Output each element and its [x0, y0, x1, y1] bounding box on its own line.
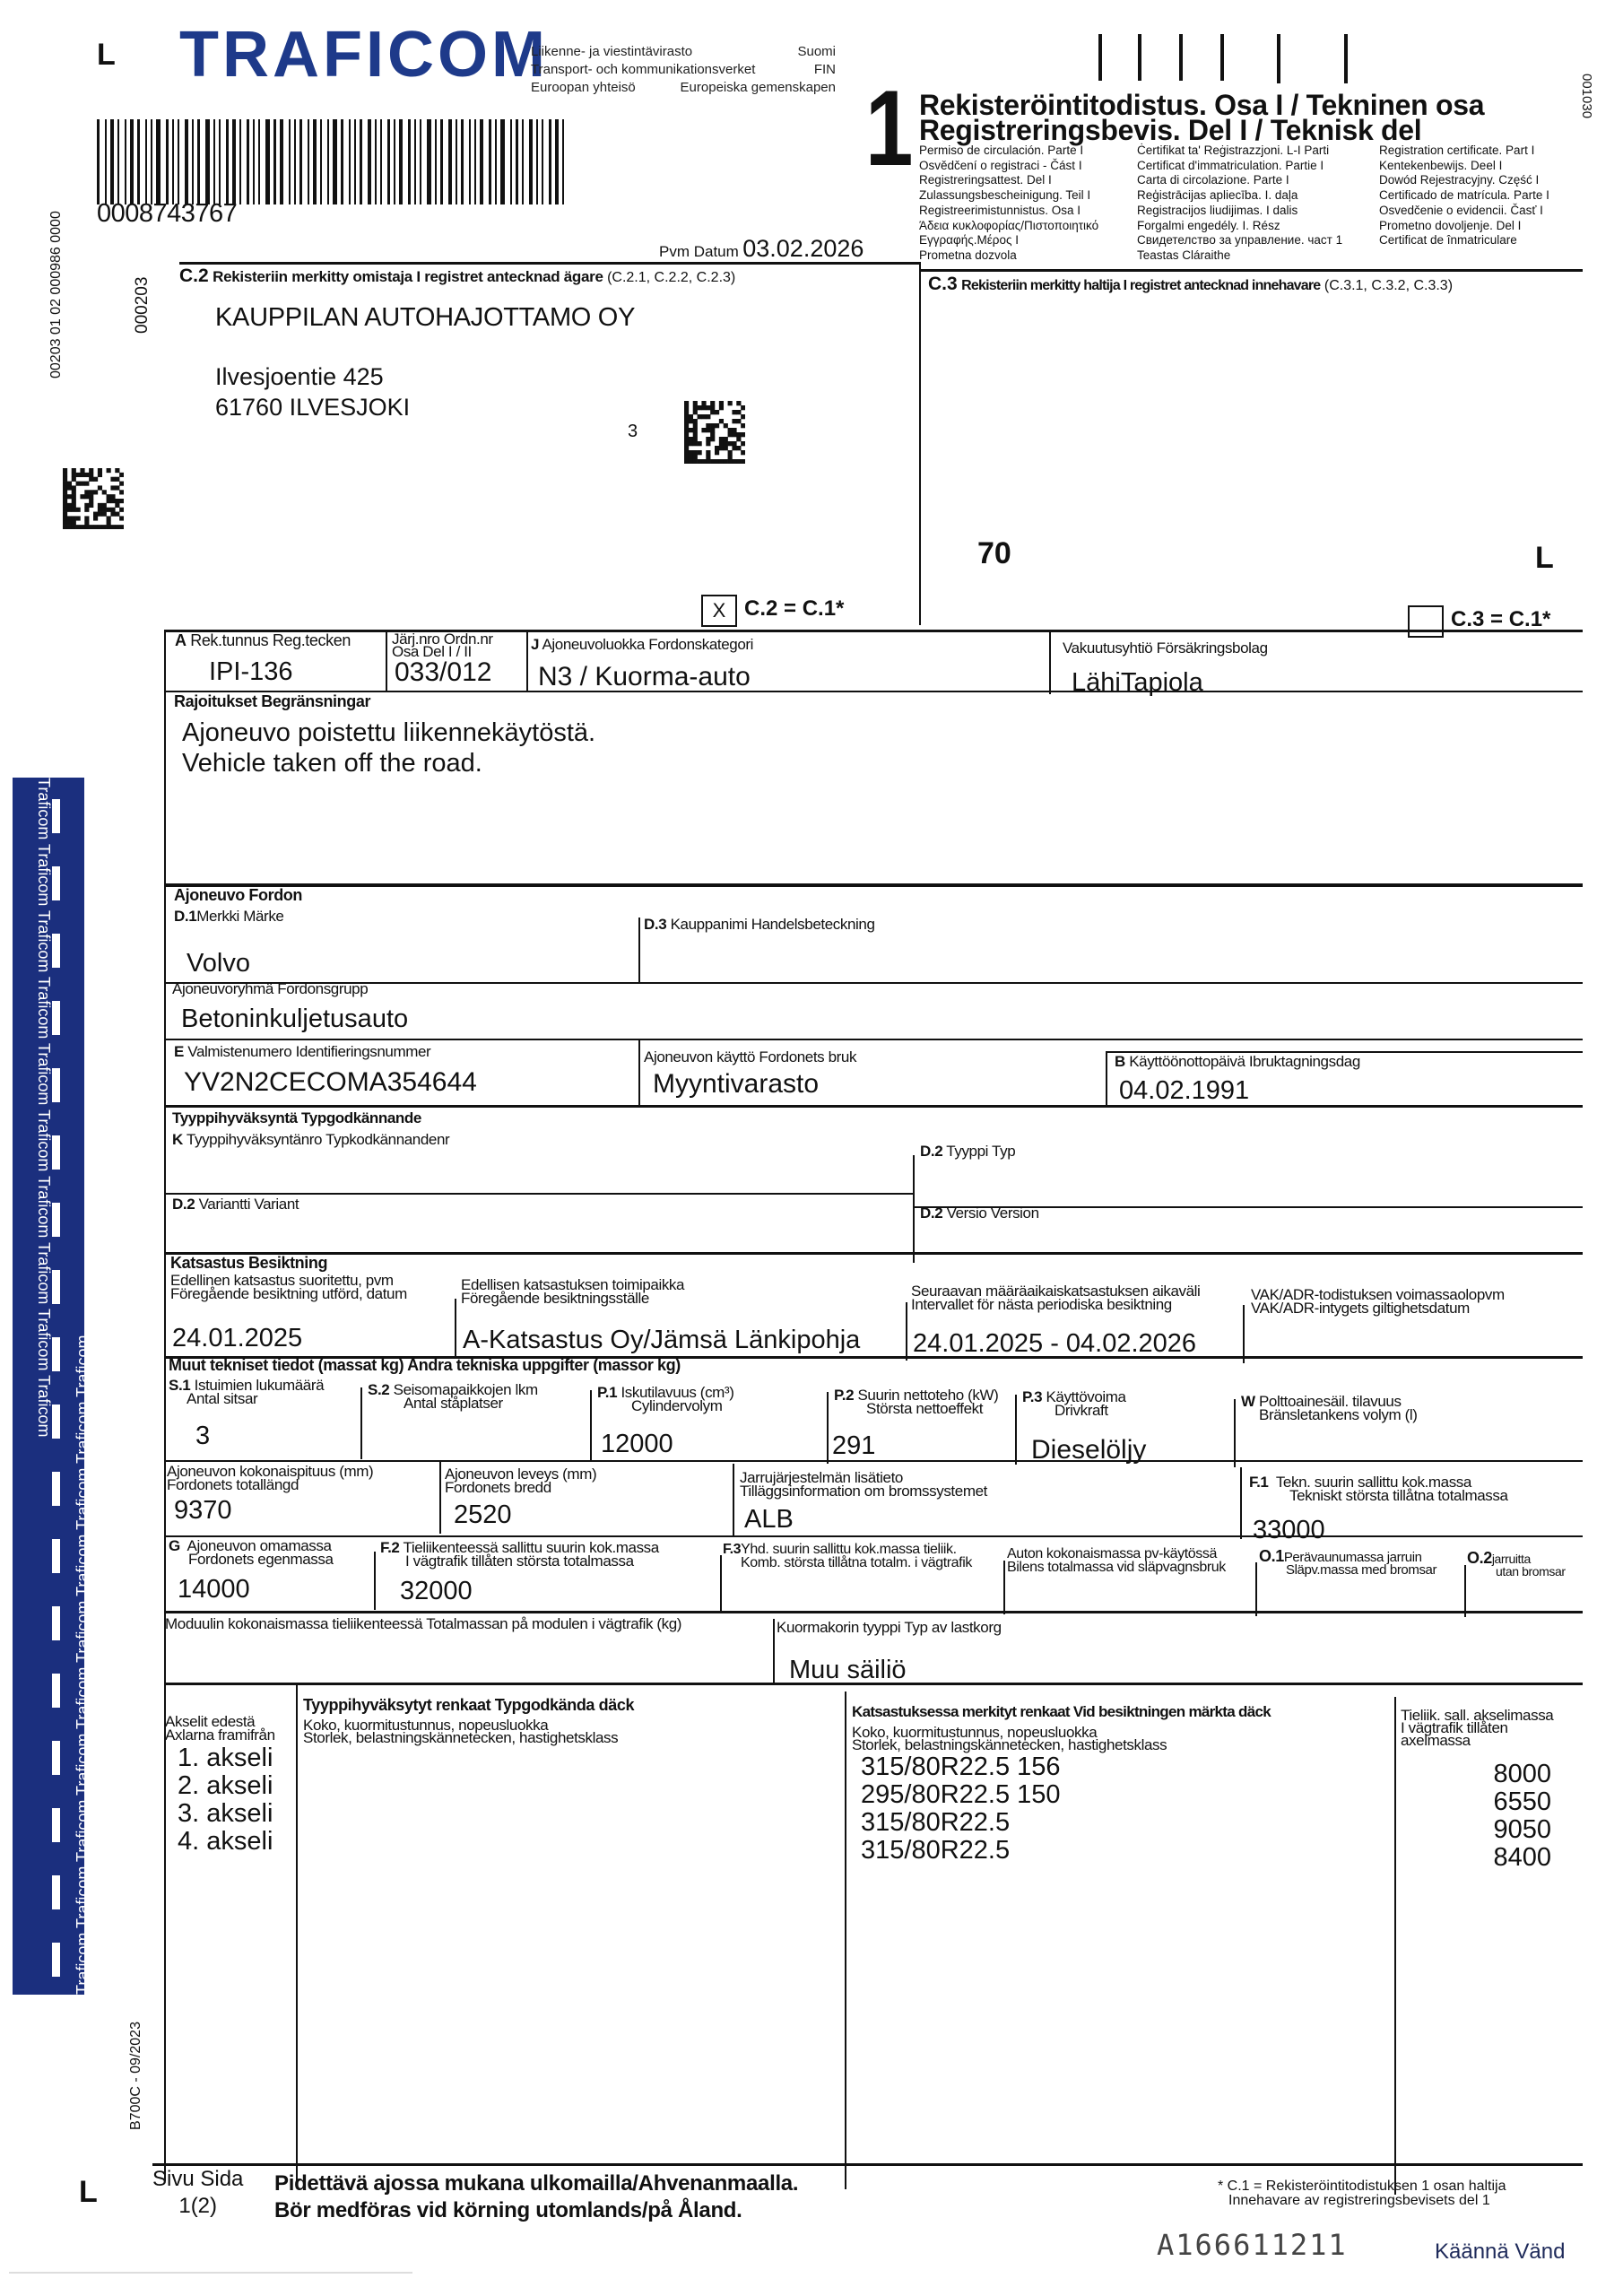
agency-country-1: Suomi [797, 43, 836, 61]
reg-value: IPI-136 [209, 657, 293, 687]
part-number: 1 [865, 79, 913, 178]
translation-line: Permiso de circulación. Parte I [919, 143, 1098, 159]
inspected-tyre-row: 315/80R22.5 [861, 1809, 1061, 1837]
strip-dash [52, 1135, 60, 1170]
notice-sv: Bör medföras vid körning utomlands/på Ål… [274, 2197, 798, 2224]
strip-dash [52, 1472, 60, 1506]
first-registration-label: B Käyttöönottopäivä Ibruktagningsdag [1115, 1054, 1360, 1069]
owner-street: Ilvesjoentie 425 [215, 363, 384, 391]
page-value: 1(2) [152, 2193, 243, 2220]
inspected-tyre-row: 315/80R22.5 156 [861, 1753, 1061, 1781]
translation-line: Certificado de matrícula. Parte I [1379, 188, 1549, 204]
footnote-line-2: Innehavare av registreringsbevisets del … [1218, 2194, 1506, 2208]
vehicle-section-label: Ajoneuvo Fordon [174, 888, 302, 903]
next-inspection-value: 24.01.2025 - 04.02.2026 [913, 1329, 1196, 1359]
brake-value: ALB [744, 1505, 794, 1535]
strip-dash [52, 934, 60, 968]
footnote: * C.1 = Rekisteröintitodistuksen 1 osan … [1218, 2179, 1506, 2208]
f2-value: 32000 [400, 1577, 473, 1606]
restrictions-text: Ajoneuvo poistettu liikennekäytöstä. Veh… [182, 717, 595, 778]
agency-line-1: Liikenne- ja viestintävirasto [531, 43, 692, 61]
approved-tyres-label: Tyyppihyväksytyt renkaat Typgodkända däc… [303, 1698, 634, 1713]
serial-number: A166611211 [1157, 2228, 1348, 2262]
make-label: D.1Merkki Märke [174, 909, 283, 924]
vin-value: YV2N2CECOMA354644 [184, 1067, 477, 1098]
strip-dash [52, 1068, 60, 1102]
insurance-value: LähiTapiola [1072, 668, 1203, 698]
holder-number: 70 [977, 536, 1011, 571]
inspection-section-label: Katsastus Besiktning [170, 1256, 327, 1271]
ordn-label: Järj.nro Ordn.nrOsa Del I / II [392, 633, 493, 658]
vehicle-group-label: Ajoneuvoryhmä Fordonsgrupp [172, 981, 368, 996]
axle-mass-row: 8000 [1435, 1761, 1551, 1788]
s1-label: S.1 Istuimien lukumääräAntal sitsar [169, 1378, 324, 1405]
version-label: D.2 Versio Version [920, 1205, 1039, 1221]
inspected-tyre-list: 315/80R22.5 156295/80R22.5 150315/80R22.… [861, 1753, 1061, 1865]
translation-line: Forgalmi engedély. I. Rész [1137, 219, 1342, 234]
corner-mark-right: L [1535, 541, 1554, 576]
translation-line: Carta di circolazione. Parte I [1137, 173, 1342, 188]
type-approval-number-label: K Tyyppihyväksyntänro Typkodkännandenr [172, 1132, 449, 1147]
translation-line: Свидетелство за управление. част 1 [1137, 233, 1342, 248]
owner-count: 3 [628, 422, 638, 442]
owner-code: C.2 [179, 265, 209, 286]
s1-value: 3 [195, 1422, 210, 1451]
o2-label: O.2jarruittautan bromsar [1467, 1552, 1566, 1578]
axle-row: 2. akseli [178, 1772, 273, 1800]
translation-line: Registracijos liudijimas. I dalis [1137, 204, 1342, 219]
translation-line: Prometna dozvola [919, 248, 1098, 264]
holder-label: Rekisteriin merkitty haltija I registret… [961, 278, 1320, 293]
holder-code: C.3 [928, 274, 958, 294]
w-label: W Polttoainesäil. tilavuusBränsletankens… [1241, 1395, 1418, 1422]
translation-line: Osvedčenie o evidencii. Časť I [1379, 204, 1549, 219]
vehicle-group-value: Betoninkuljetusauto [181, 1004, 408, 1034]
security-strip: Traficom Traficom Traficom Traficom Traf… [13, 778, 84, 1995]
vehicle-use-label: Ajoneuvon käyttö Fordonets bruk [644, 1049, 856, 1065]
last-inspection-value: 24.01.2025 [172, 1324, 302, 1353]
translation-line: Reģistrācijas apliecība. I. daļa [1137, 188, 1342, 204]
datamatrix-code-left [63, 468, 124, 529]
corner-mark-top-left: L [97, 38, 116, 73]
axle-mass-row: 9050 [1435, 1816, 1551, 1844]
strip-dash [52, 866, 60, 900]
date-value: 03.02.2026 [742, 235, 864, 262]
brake-label: Jarrujärjestelmän lisätietoTilläggsinfor… [740, 1471, 987, 1498]
strip-dash [52, 1539, 60, 1573]
agency-line-2: Transport- och kommunikationsverket [531, 61, 755, 79]
insurance-label: Vakuutusyhtiö Försäkringsbolag [1063, 640, 1268, 656]
owner-name: KAUPPILAN AUTOHAJOTTAMO OY [215, 303, 635, 333]
notice: Pidettävä ajossa mukana ulkomailla/Ahven… [274, 2170, 798, 2224]
f3-label: F.3Yhd. suurin sallittu kok.massa tielii… [723, 1543, 972, 1570]
p1-label: P.1 Iskutilavuus (cm³)Cylindervolym [597, 1386, 733, 1413]
translation-line: Registration certificate. Part I [1379, 143, 1549, 159]
vin-label: E Valmistenumero Identifieringsnummer [174, 1044, 430, 1059]
inspected-tyre-row: 315/80R22.5 [861, 1837, 1061, 1865]
c3-equals-c1-label: C.3 = C.1* [1451, 607, 1550, 632]
translation-line: Teastas Cláraithe [1137, 248, 1342, 264]
translation-line: Zulassungsbescheinigung. Teil I [919, 188, 1098, 204]
restriction-line-1: Ajoneuvo poistettu liikennekäytöstä. [182, 717, 595, 748]
vehicle-use-value: Myyntivarasto [653, 1069, 819, 1100]
holder-header: C.3 Rekisteriin merkitty haltija I regis… [928, 274, 1453, 295]
module-mass-label: Moduulin kokonaismassa tieliikenteessä T… [165, 1616, 681, 1631]
length-value: 9370 [174, 1496, 232, 1526]
datamatrix-code-owner [684, 401, 745, 464]
agency-country-2: FIN [814, 61, 836, 79]
translation-line: Kentekenbewijs. Deel I [1379, 159, 1549, 174]
translations-col-3: Registration certificate. Part IKenteken… [1379, 143, 1549, 248]
c2-equals-c1-label: C.2 = C.1* [744, 596, 844, 622]
footnote-line-1: * C.1 = Rekisteröintitodistuksen 1 osan … [1218, 2179, 1506, 2194]
axle-row: 3. akseli [178, 1800, 273, 1828]
type-approval-section-label: Tyyppihyväksyntä Typgodkännande [172, 1110, 421, 1126]
registration-tick-marks [1061, 34, 1437, 83]
strip-dash [52, 1270, 60, 1304]
g-label: G Ajoneuvon omamassaFordonets egenmassa [169, 1539, 334, 1566]
agency-block: Liikenne- ja viestintävirastoSuomi Trans… [531, 43, 836, 97]
f1-label: F.1 Tekn. suurin sallittu kok.massaTekni… [1249, 1475, 1508, 1502]
owner-subfields: (C.2.1, C.2.2, C.2.3) [607, 270, 735, 285]
body-type-value: Muu säiliö [789, 1656, 907, 1685]
last-inspection-label: Edellinen katsastus suoritettu, pvmFöreg… [170, 1274, 407, 1300]
trade-name-label: D.3 Kauppanimi Handelsbeteckning [644, 917, 875, 932]
owner-header: C.2 Rekisteriin merkitty omistaja I regi… [179, 265, 735, 287]
title-sv: Registreringsbevis. Del I / Teknisk del [919, 117, 1421, 143]
inspected-tyres-sublabel: Koko, kuormitustunnus, nopeusluokkaStorl… [852, 1726, 1167, 1752]
notice-fi: Pidettävä ajossa mukana ulkomailla/Ahven… [274, 2170, 798, 2197]
translation-line: Εγγραφής.Μέρος I [919, 233, 1098, 248]
type-label: D.2 Tyyppi Typ [920, 1144, 1015, 1159]
strip-dash [52, 1001, 60, 1035]
strip-dash [52, 1741, 60, 1775]
corner-mark-bottom-left: L [79, 2175, 98, 2210]
inspection-place-label: Edellisen katsastuksen toimipaikkaFöregå… [461, 1278, 684, 1305]
c2-equals-c1-checkbox[interactable]: X [701, 595, 737, 627]
axle-mass-row: 6550 [1435, 1788, 1551, 1816]
translation-line: Άδεια κυκλοφορίας/Πιστοποιητικό [919, 219, 1098, 234]
inspected-tyre-row: 295/80R22.5 150 [861, 1781, 1061, 1809]
axle-list: 1. akseli2. akseli3. akseli4. akseli [178, 1744, 273, 1856]
strip-text-down: Traficom Traficom Traficom Traficom Traf… [34, 778, 53, 1437]
category-value: N3 / Kuorma-auto [538, 662, 751, 692]
translation-line: Dowód Rejestracyjny. Część I [1379, 173, 1549, 188]
ordn-value: 033/012 [395, 657, 491, 688]
category-label: J Ajoneuvoluokka Fordonskategori [531, 637, 753, 652]
top-right-id: 001030 [1579, 74, 1594, 118]
adr-label: VAK/ADR-todistuksen voimassaolopvmVAK/AD… [1251, 1288, 1505, 1315]
side-id-2: 000203 [133, 277, 152, 334]
width-value: 2520 [454, 1500, 512, 1530]
inspected-tyres-label: Katsastuksessa merkityt renkaat Vid besi… [852, 1704, 1271, 1719]
first-registration-value: 04.02.1991 [1119, 1076, 1249, 1106]
barcode [97, 119, 787, 204]
strip-dash [52, 1875, 60, 1909]
translation-line: Prometno dovoljenje. Del I [1379, 219, 1549, 234]
axle-row: 4. akseli [178, 1828, 273, 1856]
s2-label: S.2 Seisomapaikkojen lkmAntal ståplatser [368, 1383, 538, 1410]
axle-row: 1. akseli [178, 1744, 273, 1772]
agency-line-3: Euroopan yhteisö [531, 79, 636, 97]
page-indicator: Sivu Sida 1(2) [152, 2166, 243, 2220]
translation-line: Certificat d'immatriculation. Partie I [1137, 159, 1342, 174]
p3-label: P.3 KäyttövoimaDrivkraft [1022, 1390, 1126, 1417]
scan-edge [9, 2272, 412, 2274]
strip-dash [52, 1674, 60, 1708]
strip-dash [52, 1405, 60, 1439]
traficom-logo: TRAFICOM [179, 18, 549, 91]
p2-label: P.2 Suurin nettoteho (kW)Största nettoef… [834, 1388, 998, 1415]
owner-postal: 61760 ILVESJOKI [215, 394, 410, 422]
c3-equals-c1-checkbox[interactable] [1408, 605, 1444, 638]
axle-mass-list: 8000655090508400 [1435, 1761, 1551, 1872]
inspection-place-value: A-Katsastus Oy/Jämsä Länkipohja [463, 1326, 860, 1355]
p1-value: 12000 [601, 1430, 673, 1459]
form-code: B700C - 09/2023 [128, 2022, 144, 2130]
turn-over-label[interactable]: Käännä Vänd [1435, 2239, 1565, 2265]
translation-line: Osvědčení o registraci - Část I [919, 159, 1098, 174]
strip-dash [52, 799, 60, 833]
strip-dash [52, 1606, 60, 1640]
translation-line: Certificat de înmatriculare [1379, 233, 1549, 248]
translation-line: Registreringsattest. Del I [919, 173, 1098, 188]
width-label: Ajoneuvon leveys (mm)Fordonets bredd [445, 1467, 596, 1494]
restriction-line-2: Vehicle taken off the road. [182, 748, 595, 778]
page-label: Sivu Sida [152, 2166, 243, 2193]
barcode-number: 0008743767 [97, 199, 237, 229]
agency-country-3: Europeiska gemenskapen [681, 79, 836, 97]
owner-label: Rekisteriin merkitty omistaja I registre… [213, 268, 603, 285]
translation-line: Registreerimistunnistus. Osa I [919, 204, 1098, 219]
issue-date: Pvm Datum 03.02.2026 [659, 235, 864, 263]
p2-value: 291 [832, 1431, 875, 1461]
trailer-use-mass-label: Auton kokonaismassa pv-käytössäBilens to… [1007, 1547, 1226, 1574]
side-id-1: 00203 01 02 000986 0000 [48, 211, 65, 378]
restrictions-label: Rajoitukset Begränsningar [174, 694, 370, 709]
reg-label: A Rek.tunnus Reg.tecken [175, 633, 351, 648]
next-inspection-label: Seuraavan määräaikaiskatsastuksen aikavä… [911, 1284, 1200, 1311]
translation-line: Ċertifikat ta' Reġistrazzjoni. L-I Parti [1137, 143, 1342, 159]
strip-dash [52, 1337, 60, 1371]
date-label: Pvm Datum [659, 243, 739, 260]
translations-col-1: Permiso de circulación. Parte IOsvědčení… [919, 143, 1098, 264]
variant-label: D.2 Variantti Variant [172, 1196, 299, 1212]
strip-dash [52, 1203, 60, 1237]
body-type-label: Kuormakorin tyyppi Typ av lastkorg [777, 1620, 1002, 1635]
technical-section-label: Muut tekniset tiedot (massat kg) Andra t… [169, 1358, 681, 1373]
holder-subfields: (C.3.1, C.3.2, C.3.3) [1324, 278, 1453, 293]
strip-dash [52, 1943, 60, 1977]
length-label: Ajoneuvon kokonaispituus (mm)Fordonets t… [167, 1465, 373, 1492]
strip-dash [52, 1808, 60, 1842]
o1-label: O.1Perävaunumassa jarruinSläpv.massa med… [1259, 1550, 1436, 1577]
g-value: 14000 [178, 1575, 250, 1605]
f1-value: 33000 [1253, 1516, 1325, 1545]
axles-label: Akselit edestäAxlarna framifrån [165, 1715, 275, 1742]
f2-label: F.2 Tieliikenteessä sallittu suurin kok.… [380, 1541, 659, 1568]
axle-mass-row: 8400 [1435, 1844, 1551, 1872]
strip-text-up: Traficom Traficom Traficom Traficom Traf… [74, 1335, 84, 1995]
approved-tyres-sublabel: Koko, kuormitustunnus, nopeusluokkaStorl… [303, 1719, 618, 1744]
translations-col-2: Ċertifikat ta' Reġistrazzjoni. L-I Parti… [1137, 143, 1342, 264]
axle-mass-label: Tieliik. sall. akselimassaI vägtrafik ti… [1401, 1709, 1553, 1747]
make-value: Volvo [187, 949, 250, 978]
